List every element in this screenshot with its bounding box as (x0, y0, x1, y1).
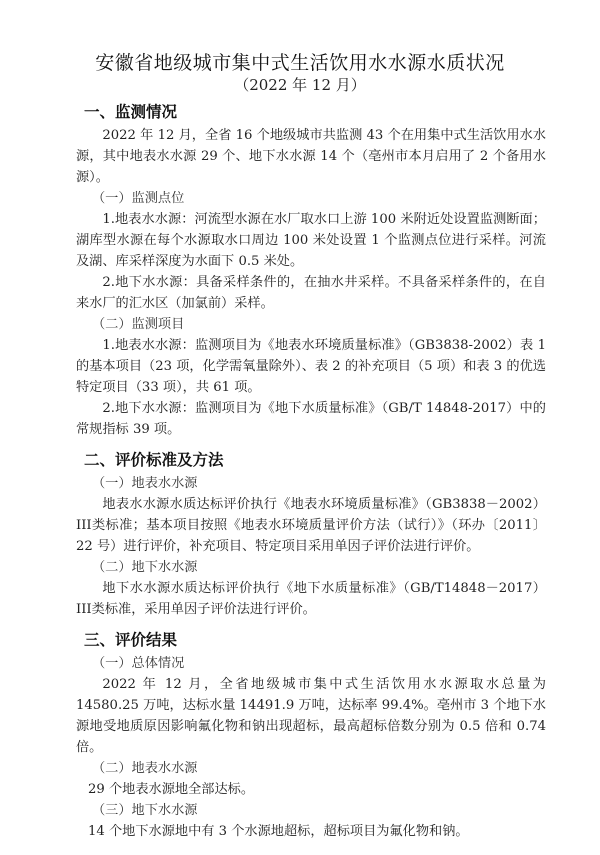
paragraph: 1.地表水水源：监测项目为《地表水环境质量标准》（GB3838-2002）表 1… (76, 335, 546, 398)
paragraph: 2.地下水水源：监测项目为《地下水质量标准》（GB/T 14848-2017）中… (76, 398, 546, 440)
subsection-heading: （三）地下水水源 (76, 800, 546, 821)
subsection-heading: （二）监测项目 (76, 314, 546, 335)
paragraph: 1.地表水水源：河流型水源在水厂取水口上游 100 米附近处设置监测断面；湖库型… (76, 209, 546, 272)
paragraph: 地下水水源水质达标评价执行《地下水质量标准》（GB/T14848－2017）II… (76, 578, 546, 620)
section-heading-results: 三、评价结果 (76, 628, 546, 652)
document-page: 安徽省地级城市集中式生活饮用水水源水质状况 （2022 年 12 月） 一、监测… (0, 0, 600, 855)
paragraph: 14 个地下水源地中有 3 个水源地超标，超标项目为氟化物和钠。 (76, 821, 546, 842)
paragraph: 2022 年 12 月，全省 16 个地级城市共监测 43 个在用集中式生活饮用… (76, 125, 546, 188)
subsection-heading: （二）地下水水源 (76, 557, 546, 578)
subsection-heading: （一）监测点位 (76, 188, 546, 209)
spacer (76, 440, 546, 446)
spacer (76, 620, 546, 626)
paragraph: 2022 年 12 月，全省地级城市集中式生活饮用水水源取水总量为 14580.… (76, 674, 546, 758)
subsection-heading: （一）总体情况 (76, 653, 546, 674)
document-title: 安徽省地级城市集中式生活饮用水水源水质状况 (0, 48, 600, 75)
document-subtitle: （2022 年 12 月） (0, 74, 600, 95)
section-heading-monitoring: 一、监测情况 (76, 100, 546, 124)
subsection-heading: （一）地表水水源 (76, 473, 546, 494)
section-heading-evaluation-standards: 二、评价标准及方法 (76, 448, 546, 472)
paragraph: 2.地下水水源：具备采样条件的，在抽水井采样。不具备采样条件的，在自来水厂的汇水… (76, 272, 546, 314)
subsection-heading: （二）地表水水源 (76, 758, 546, 779)
document-body: 一、监测情况 2022 年 12 月，全省 16 个地级城市共监测 43 个在用… (76, 98, 546, 842)
paragraph: 地表水水源水质达标评价执行《地表水环境质量标准》（GB3838－2002）III… (76, 494, 546, 557)
paragraph: 29 个地表水源地全部达标。 (76, 779, 546, 800)
